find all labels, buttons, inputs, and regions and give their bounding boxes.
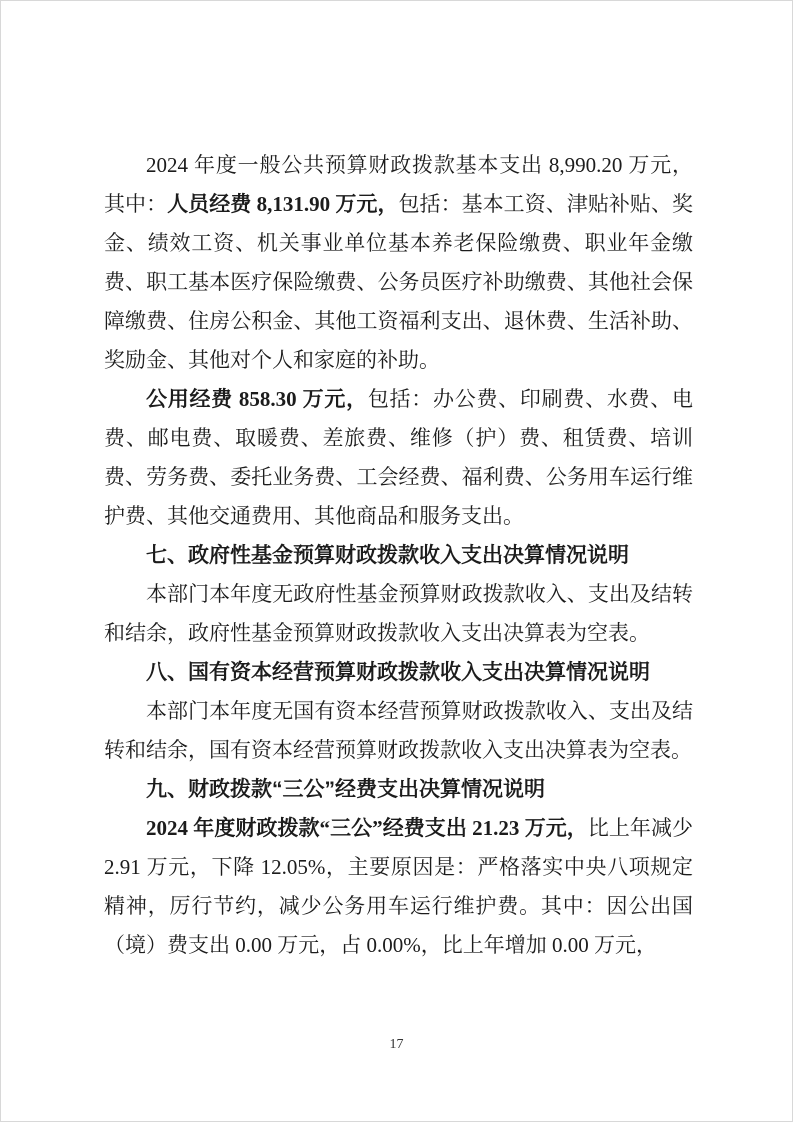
- heading-text: 七、政府性基金预算财政拨款收入支出决算情况说明: [146, 544, 629, 567]
- heading-section-8: 八、国有资本经营预算财政拨款收入支出决算情况说明: [104, 653, 693, 692]
- heading-section-7: 七、政府性基金预算财政拨款收入支出决算情况说明: [104, 536, 693, 575]
- heading-text: 九、财政拨款“三公”经费支出决算情况说明: [146, 778, 545, 801]
- document-page: 2024 年度一般公共预算财政拨款基本支出 8,990.20 万元，其中：人员经…: [0, 0, 793, 1122]
- heading-text: 八、国有资本经营预算财政拨款收入支出决算情况说明: [146, 661, 650, 684]
- text-run: 包括：基本工资、津贴补贴、奖金、绩效工资、机关事业单位基本养老保险缴费、职业年金…: [104, 192, 693, 372]
- text-run: 本部门本年度无国有资本经营预算财政拨款收入、支出及结转和结余，国有资本经营预算财…: [104, 699, 693, 762]
- para-section-7: 本部门本年度无政府性基金预算财政拨款收入、支出及结转和结余，政府性基金预算财政拨…: [104, 575, 693, 653]
- text-run: 本部门本年度无政府性基金预算财政拨款收入、支出及结转和结余，政府性基金预算财政拨…: [104, 582, 693, 645]
- page-number: 17: [390, 1037, 404, 1052]
- text-run-bold-personnel-funds: 人员经费 8,131.90 万元，: [167, 192, 398, 216]
- para-three-public-expenses: 2024 年度财政拨款“三公”经费支出 21.23 万元，比上年减少 2.91 …: [104, 809, 693, 965]
- text-run-bold-three-public-total: 2024 年度财政拨款“三公”经费支出 21.23 万元，: [146, 816, 588, 840]
- para-section-8: 本部门本年度无国有资本经营预算财政拨款收入、支出及结转和结余，国有资本经营预算财…: [104, 692, 693, 770]
- para-public-funds: 公用经费 858.30 万元，包括：办公费、印刷费、水费、电费、邮电费、取暖费、…: [104, 380, 693, 536]
- heading-section-9: 九、财政拨款“三公”经费支出决算情况说明: [104, 770, 693, 809]
- text-run-bold-public-funds: 公用经费 858.30 万元，: [146, 387, 368, 411]
- page-footer: 17: [1, 1037, 792, 1053]
- document-content: 2024 年度一般公共预算财政拨款基本支出 8,990.20 万元，其中：人员经…: [104, 146, 693, 965]
- para-general-budget-basic-expenditure: 2024 年度一般公共预算财政拨款基本支出 8,990.20 万元，其中：人员经…: [104, 146, 693, 380]
